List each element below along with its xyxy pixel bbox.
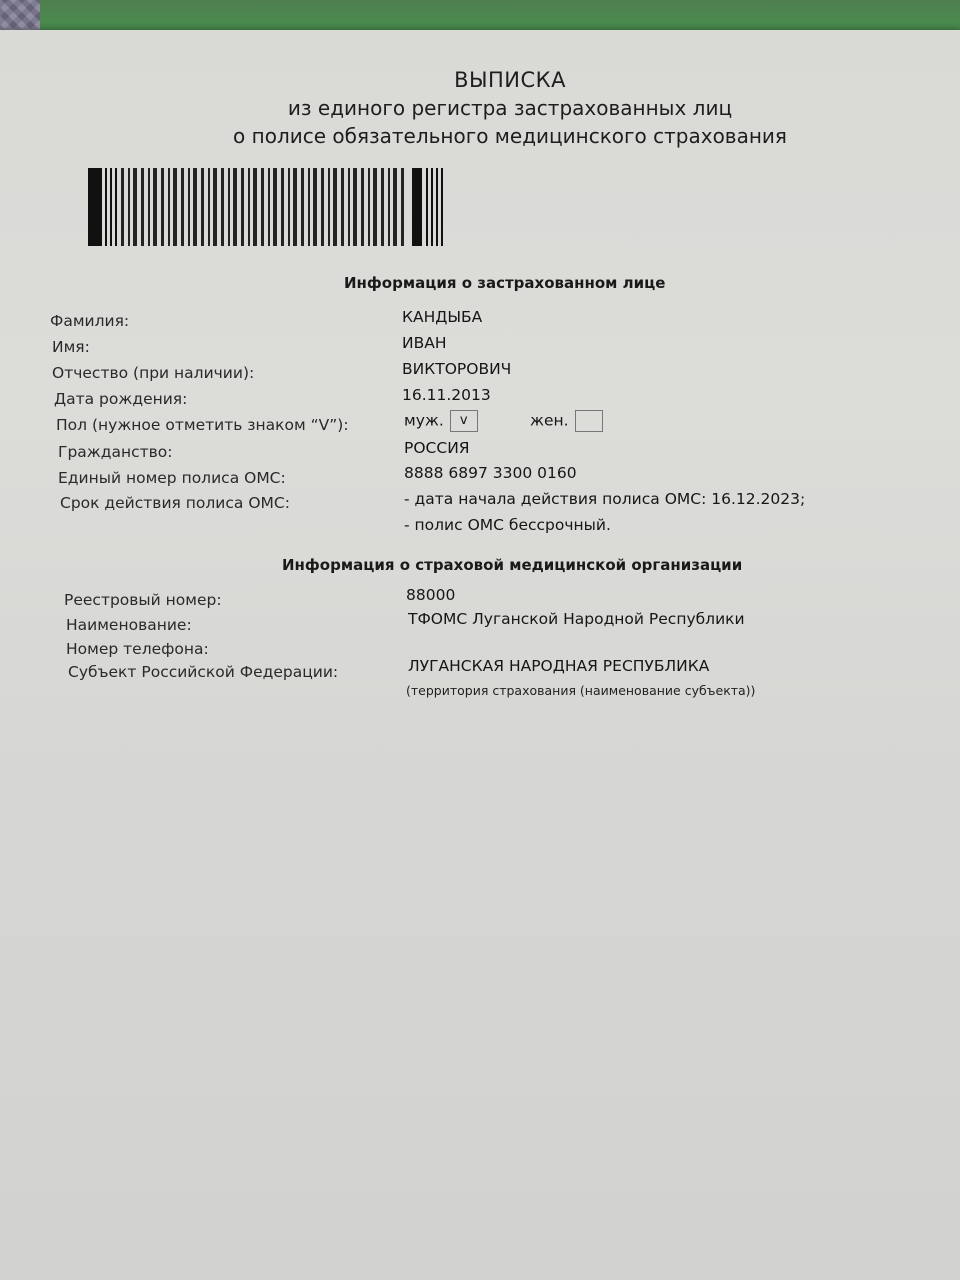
insurer-name-value: ТФОМС Луганской Народной Республики	[408, 610, 745, 628]
registry-number-label: Реестровый номер:	[64, 591, 222, 609]
birthdate-value: 16.11.2013	[402, 386, 491, 404]
validity-unlimited: - полис ОМС бессрочный.	[404, 516, 611, 534]
policy-number-value: 8888 6897 3300 0160	[404, 464, 577, 482]
citizenship-value: РОССИЯ	[404, 439, 470, 457]
subject-note: (территория страхования (наименование су…	[406, 683, 755, 698]
policy-number-label: Единый номер полиса ОМС:	[58, 469, 286, 487]
surname-label: Фамилия:	[50, 312, 129, 330]
document-paper: ВЫПИСКА из единого регистра застрахованн…	[0, 30, 960, 1280]
pdf417-barcode	[88, 168, 443, 246]
sex-label: Пол (нужное отметить знаком “V”):	[56, 416, 349, 434]
validity-start: - дата начала действия полиса ОМС: 16.12…	[404, 490, 805, 508]
document-subtitle-line2: о полисе обязательного медицинского стра…	[0, 124, 960, 148]
subject-value: ЛУГАНСКАЯ НАРОДНАЯ РЕСПУБЛИКА	[408, 657, 709, 675]
insurer-section-title: Информация о страховой медицинской орган…	[282, 556, 742, 574]
name-label: Имя:	[52, 338, 90, 356]
sex-female-checkbox[interactable]	[575, 410, 603, 432]
insured-section-title: Информация о застрахованном лице	[344, 274, 665, 292]
document-subtitle-line1: из единого регистра застрахованных лиц	[0, 96, 960, 120]
surname-value: КАНДЫБА	[402, 308, 482, 326]
birthdate-label: Дата рождения:	[54, 390, 187, 408]
subject-label: Субъект Российской Федерации:	[68, 663, 338, 681]
patronymic-label: Отчество (при наличии):	[52, 364, 254, 382]
sex-female-label: жен.	[530, 412, 569, 430]
sex-male-checkbox[interactable]: v	[450, 410, 478, 432]
sex-male-label: муж.	[404, 412, 444, 430]
citizenship-label: Гражданство:	[58, 443, 173, 461]
name-value: ИВАН	[402, 334, 447, 352]
document-title: ВЫПИСКА	[0, 68, 960, 92]
insurer-name-label: Наименование:	[66, 616, 192, 634]
patronymic-value: ВИКТОРОВИЧ	[402, 360, 511, 378]
sex-female-option: жен.	[530, 410, 603, 432]
sex-male-option: муж.v	[404, 410, 478, 432]
validity-label: Срок действия полиса ОМС:	[60, 494, 290, 512]
registry-number-value: 88000	[406, 586, 455, 604]
phone-label: Номер телефона:	[66, 640, 209, 658]
